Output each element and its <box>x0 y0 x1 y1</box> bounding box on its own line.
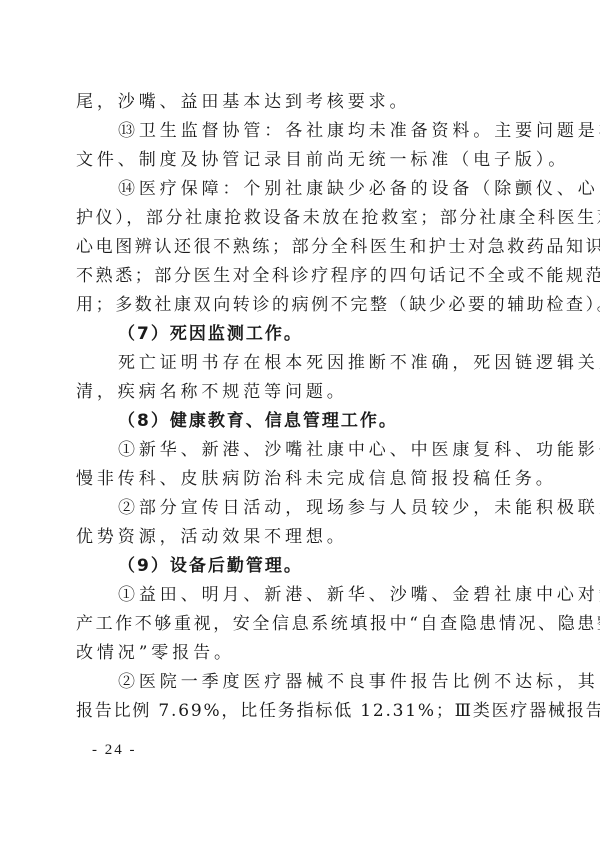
text-line: 尾，沙嘴、益田基本达到考核要求。 <box>76 88 516 117</box>
text-line: 用；多数社康双向转诊的病例不完整（缺少必要的辅助检查）。 <box>76 291 516 320</box>
text-line: ⑭医疗保障：个别社康缺少必备的设备（除颤仪、心电监 <box>118 175 516 204</box>
text-line: 文件、制度及协管记录目前尚无统一标准（电子版）。 <box>76 146 516 175</box>
text-line: ②部分宣传日活动，现场参与人员较少，未能积极联系社区 <box>118 494 516 523</box>
text-line: ②医院一季度医疗器械不良事件报告比例不达标，其中严重 <box>118 668 516 697</box>
section-heading-9: （9）设备后勤管理。 <box>118 552 516 581</box>
text-line: 死亡证明书存在根本死因推断不准确，死因链逻辑关系不 <box>118 349 516 378</box>
section-heading-7: （7）死因监测工作。 <box>118 320 516 349</box>
text-line: 清，疾病名称不规范等问题。 <box>76 378 516 407</box>
text-line: ⑬卫生监督协管：各社康均未准备资料。主要问题是相关 <box>118 117 516 146</box>
text-line: 优势资源，活动效果不理想。 <box>76 523 516 552</box>
text-line: 心电图辨认还很不熟练；部分全科医生和护士对急救药品知识还 <box>76 233 516 262</box>
document-page: 尾，沙嘴、益田基本达到考核要求。 ⑬卫生监督协管：各社康均未准备资料。主要问题是… <box>0 0 600 850</box>
text-line: 慢非传科、皮肤病防治科未完成信息简报投稿任务。 <box>76 465 516 494</box>
text-line: 不熟悉；部分医生对全科诊疗程序的四句话记不全或不能规范运 <box>76 262 516 291</box>
text-line: ①新华、新港、沙嘴社康中心、中医康复科、功能影像科、 <box>118 436 516 465</box>
page-number: - 24 - <box>92 742 137 759</box>
text-line: 报告比例 7.69%，比任务指标低 12.31%；Ⅲ类医疗器械报告比例 <box>76 697 516 726</box>
section-heading-8: （8）健康教育、信息管理工作。 <box>118 407 516 436</box>
text-line: 改情况”零报告。 <box>76 639 516 668</box>
text-line: ①益田、明月、新港、新华、沙嘴、金碧社康中心对安全生 <box>118 581 516 610</box>
text-line: 护仪），部分社康抢救设备未放在抢救室；部分社康全科医生对 <box>76 204 516 233</box>
text-line: 产工作不够重视，安全信息系统填报中“自查隐患情况、隐患整 <box>76 610 516 639</box>
